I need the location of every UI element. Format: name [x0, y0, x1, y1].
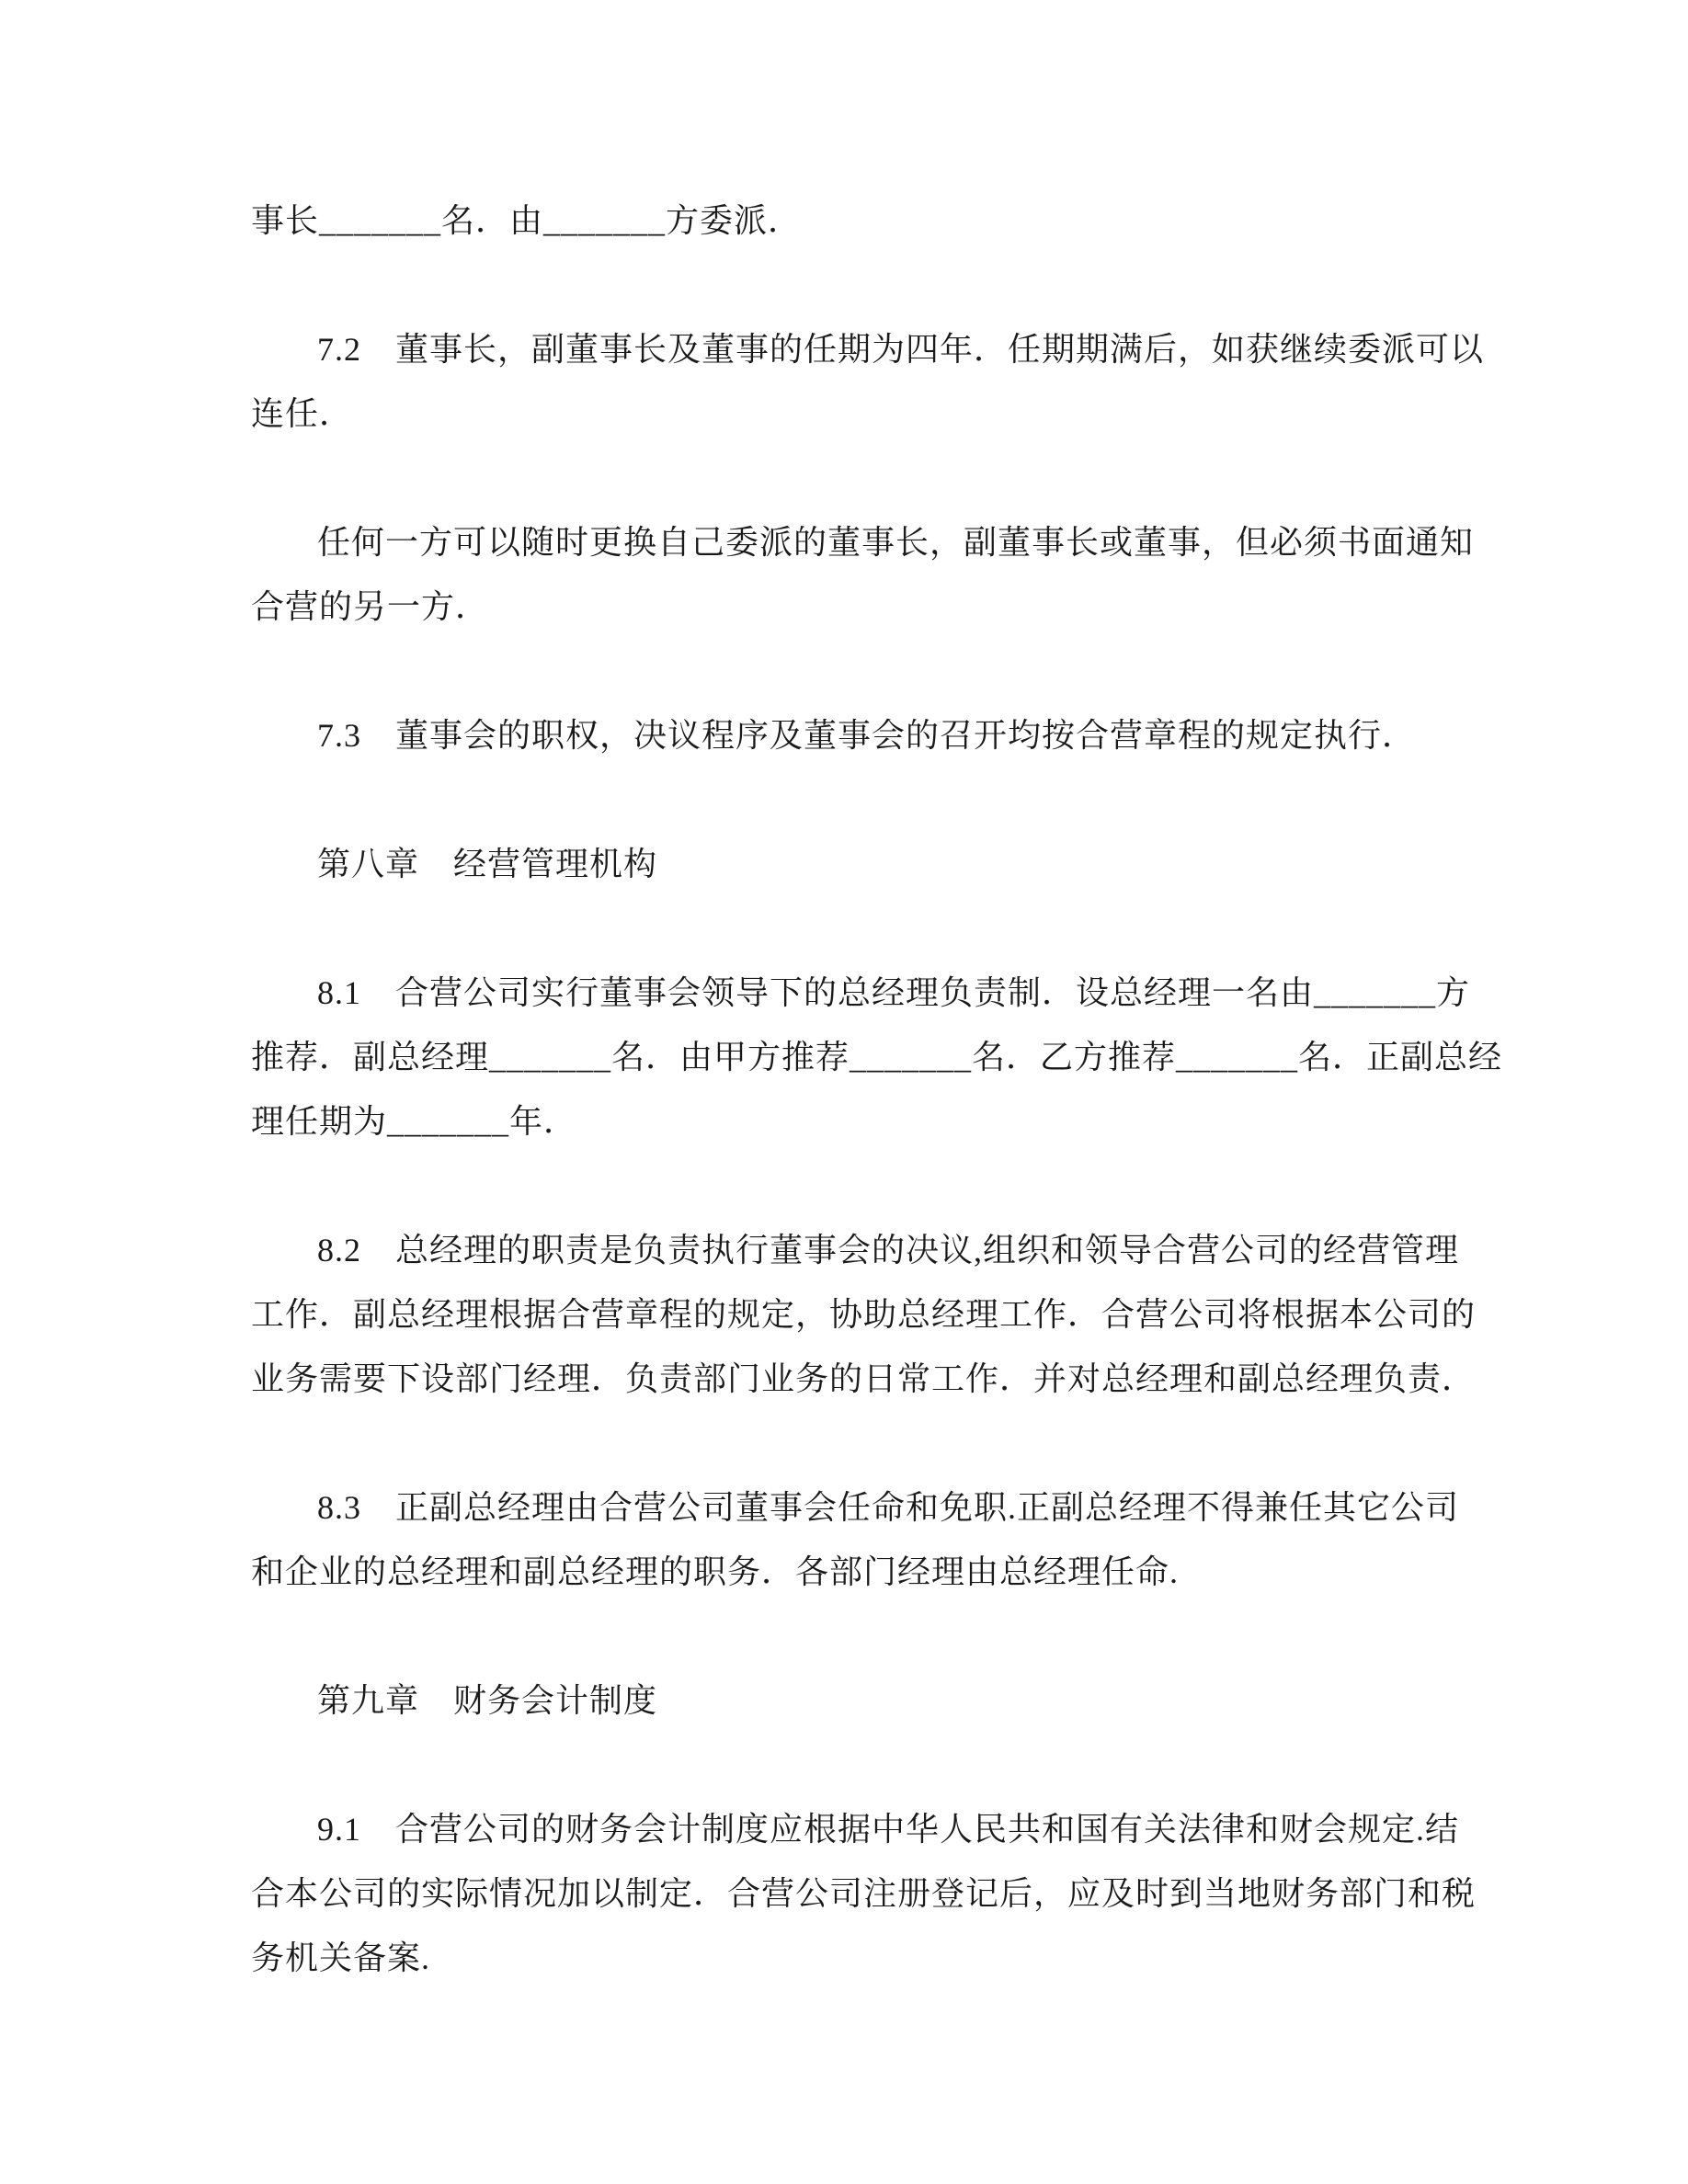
- doc-line: 连任．: [251, 381, 1455, 446]
- doc-line: 工作．副总经理根据合营章程的规定，协助总经理工作．合营公司将根据本公司的: [251, 1282, 1455, 1347]
- doc-line: 业务需要下设部门经理．负责部门业务的日常工作．并对总经理和副总经理负责．: [251, 1347, 1455, 1411]
- doc-line: 推荐．副总经理_______名．由甲方推荐_______名．乙方推荐______…: [251, 1025, 1455, 1089]
- clause-7-1-continuation: 事长_______名．由_______方委派．: [251, 188, 1455, 253]
- doc-line: 7.3 董事会的职权，决议程序及董事会的召开均按合营章程的规定执行．: [251, 703, 1455, 768]
- doc-line: 8.3 正副总经理由合营公司董事会任命和免职.正副总经理不得兼任其它公司: [251, 1475, 1455, 1540]
- doc-line: 任何一方可以随时更换自己委派的董事长，副董事长或董事，但必须书面通知: [251, 510, 1455, 574]
- chapter-title: 第八章 经营管理机构: [251, 832, 1455, 896]
- doc-line: 合营的另一方．: [251, 574, 1455, 639]
- doc-line: 理任期为_______年．: [251, 1089, 1455, 1154]
- chapter-8-heading: 第八章 经营管理机构: [251, 832, 1455, 896]
- chapter-title: 第九章 财务会计制度: [251, 1668, 1455, 1733]
- doc-line: 务机关备案.: [251, 1926, 1455, 1990]
- doc-line: 8.2 总经理的职责是负责执行董事会的决议,组织和领导合营公司的经营管理: [251, 1218, 1455, 1282]
- clause-8-2: 8.2 总经理的职责是负责执行董事会的决议,组织和领导合营公司的经营管理 工作．…: [251, 1218, 1455, 1411]
- chapter-9-heading: 第九章 财务会计制度: [251, 1668, 1455, 1733]
- contract-document-page: 事长_______名．由_______方委派． 7.2 董事长，副董事长及董事的…: [251, 188, 1455, 1990]
- clause-7-2-note: 任何一方可以随时更换自己委派的董事长，副董事长或董事，但必须书面通知 合营的另一…: [251, 510, 1455, 639]
- doc-line: 合本公司的实际情况加以制定．合营公司注册登记后，应及时到当地财务部门和税: [251, 1861, 1455, 1926]
- clause-8-1: 8.1 合营公司实行董事会领导下的总经理负责制．设总经理一名由_______方 …: [251, 961, 1455, 1154]
- clause-7-3: 7.3 董事会的职权，决议程序及董事会的召开均按合营章程的规定执行．: [251, 703, 1455, 768]
- clause-9-1: 9.1 合营公司的财务会计制度应根据中华人民共和国有关法律和财会规定.结 合本公…: [251, 1797, 1455, 1990]
- clause-8-3: 8.3 正副总经理由合营公司董事会任命和免职.正副总经理不得兼任其它公司 和企业…: [251, 1475, 1455, 1604]
- doc-line: 和企业的总经理和副总经理的职务．各部门经理由总经理任命.: [251, 1540, 1455, 1604]
- doc-line: 8.1 合营公司实行董事会领导下的总经理负责制．设总经理一名由_______方: [251, 961, 1455, 1025]
- doc-line: 9.1 合营公司的财务会计制度应根据中华人民共和国有关法律和财会规定.结: [251, 1797, 1455, 1861]
- doc-line: 事长_______名．由_______方委派．: [251, 188, 1455, 253]
- doc-line: 7.2 董事长，副董事长及董事的任期为四年．任期期满后，如获继续委派可以: [251, 317, 1455, 381]
- clause-7-2: 7.2 董事长，副董事长及董事的任期为四年．任期期满后，如获继续委派可以 连任．: [251, 317, 1455, 446]
